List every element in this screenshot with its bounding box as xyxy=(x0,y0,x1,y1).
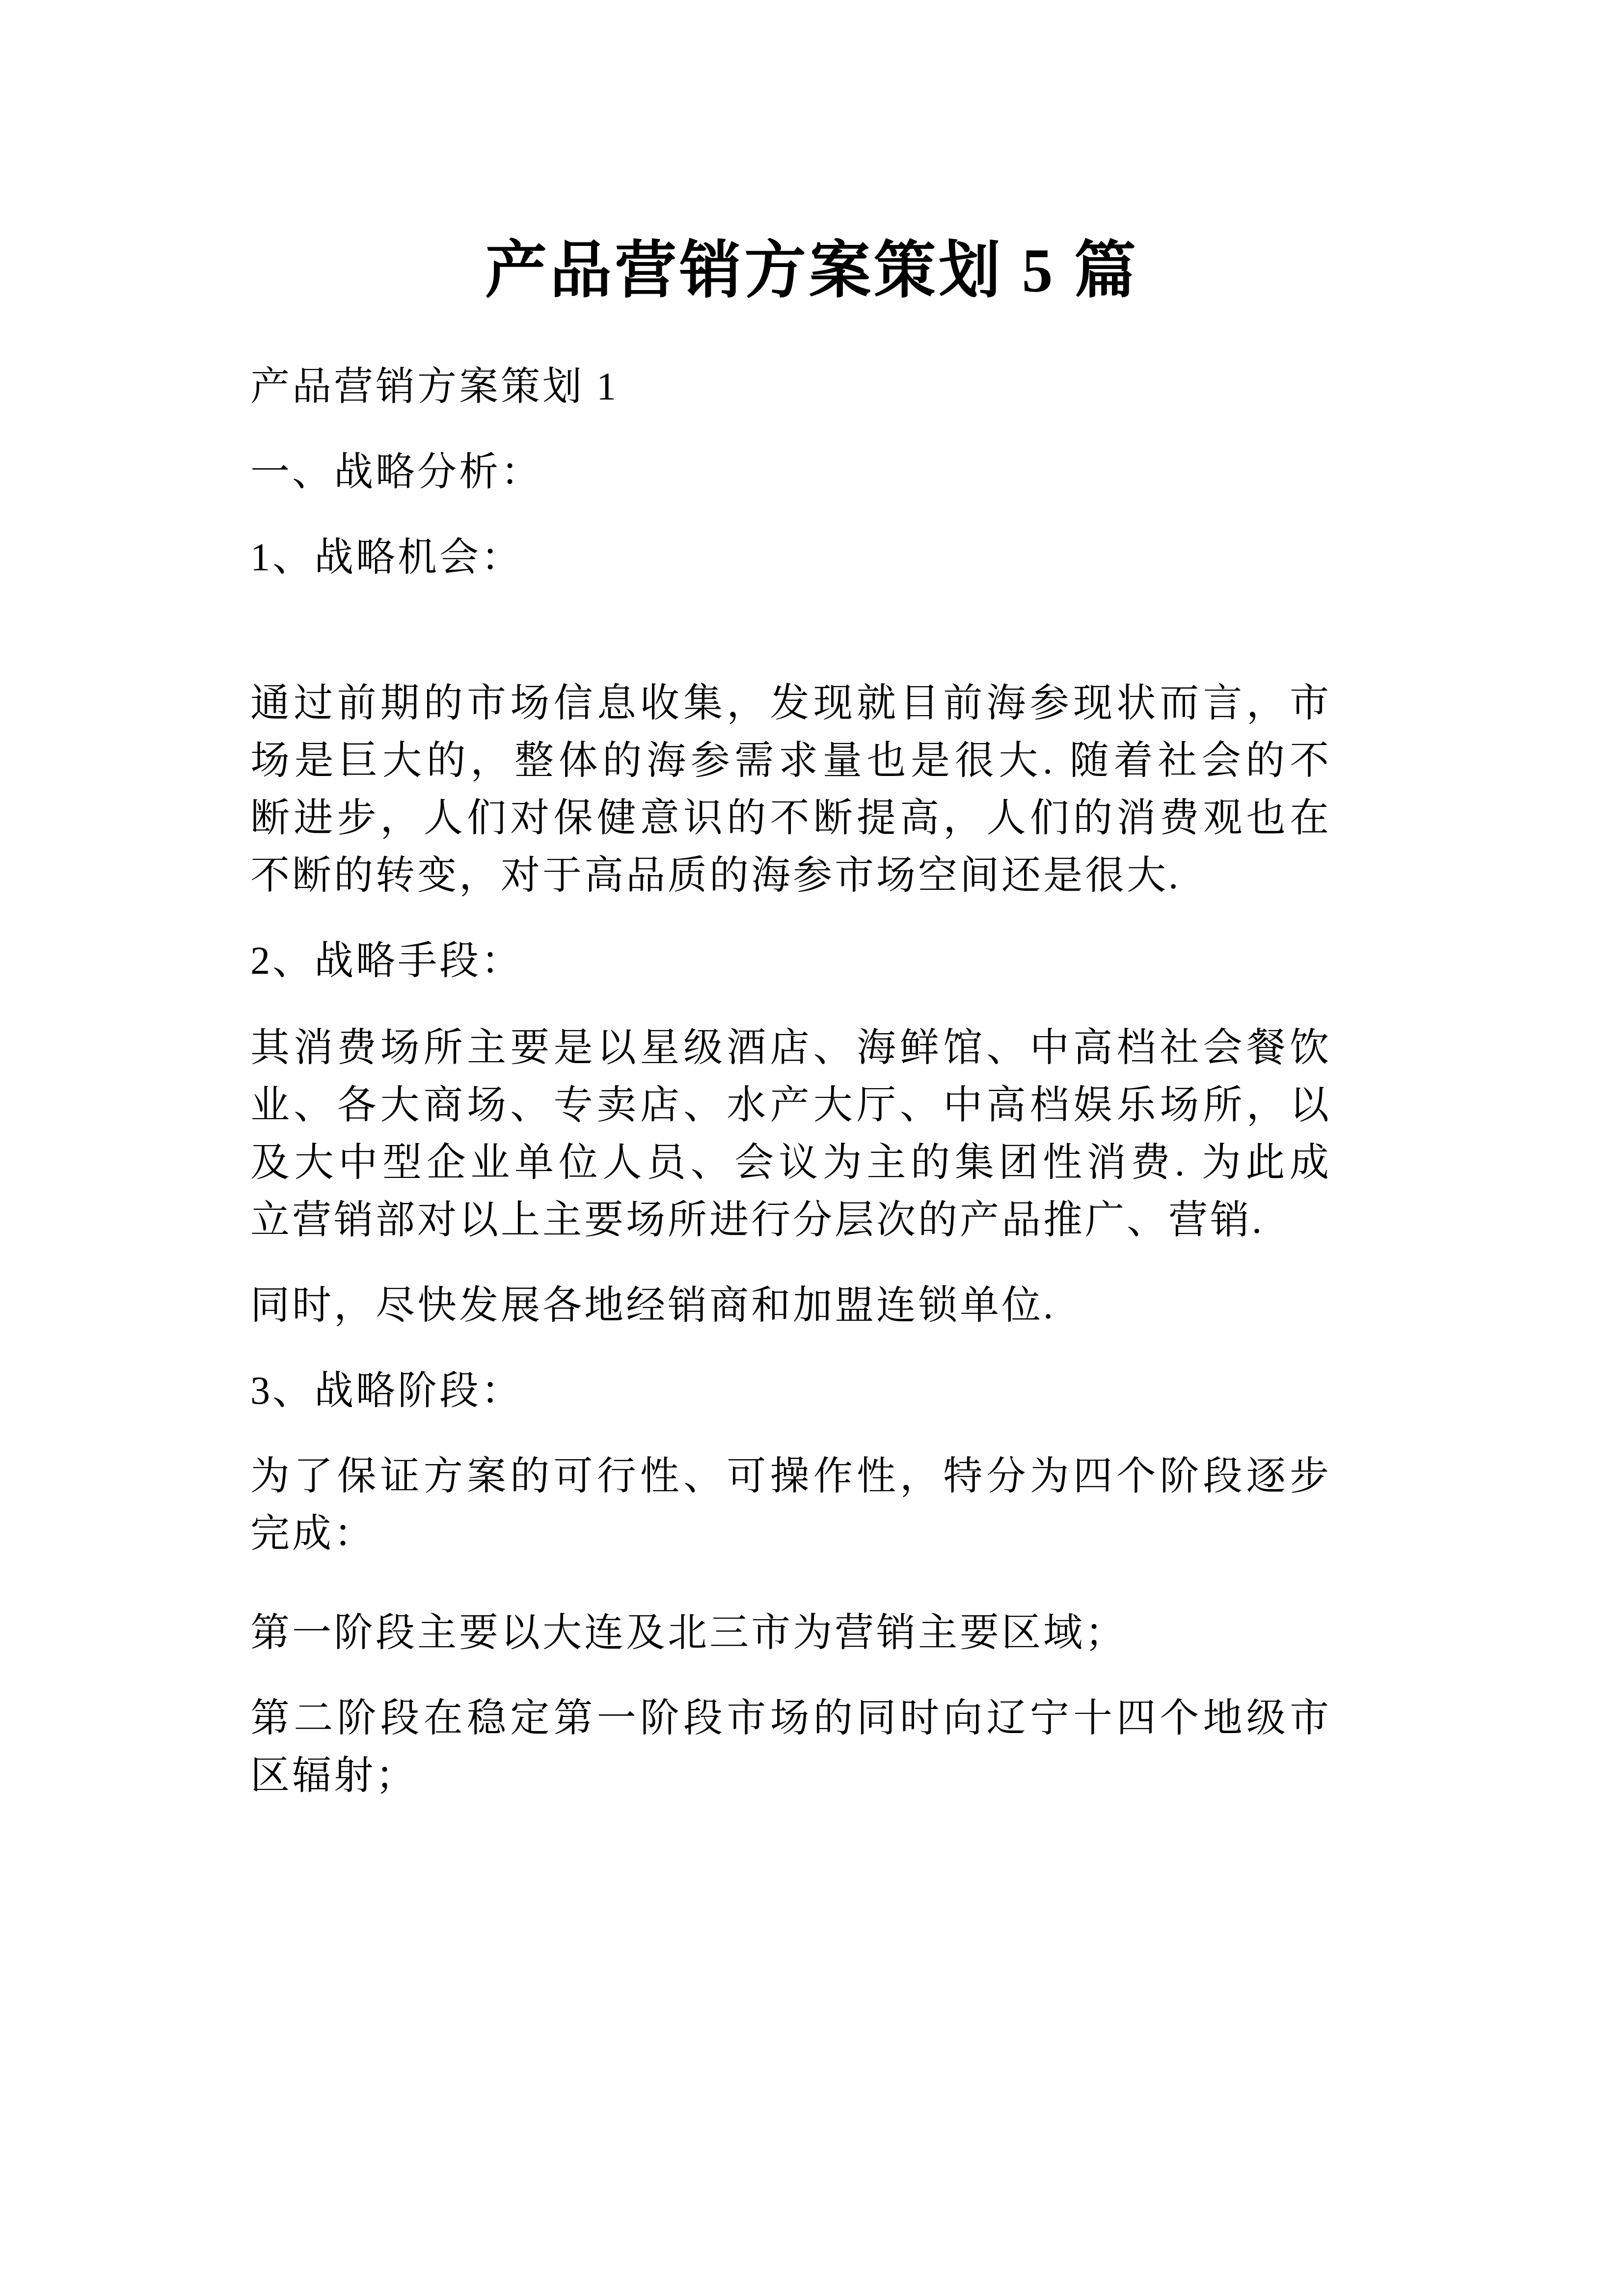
text-line: 其消费场所主要是以星级酒店、海鲜馆、中高档社会餐饮 xyxy=(250,1019,1331,1077)
text-line: 为了保证方案的可行性、可操作性，特分为四个阶段逐步 xyxy=(250,1448,1331,1505)
document-page: 产品营销方案策划 5 篇 产品营销方案策划 1 一、战略分析： 1、战略机会： … xyxy=(0,0,1624,2296)
text-line: 同时，尽快发展各地经销商和加盟连锁单位. xyxy=(250,1277,1331,1335)
text-line: 第二阶段在稳定第一阶段市场的同时向辽宁十四个地级市 xyxy=(250,1690,1331,1747)
text-line: 立营销部对以上主要场所进行分层次的产品推广、营销. xyxy=(250,1192,1331,1249)
text-line: 业、各大商场、专卖店、水产大厅、中高档娱乐场所，以 xyxy=(250,1077,1331,1134)
text-line: 通过前期的市场信息收集，发现就目前海参现状而言，市 xyxy=(250,675,1331,732)
text-line: 2、战略手段： xyxy=(250,933,1331,990)
text-line: 1、战略机会： xyxy=(250,529,1331,587)
text-line: 场是巨大的，整体的海参需求量也是很大. 随着社会的不 xyxy=(250,732,1331,790)
text-line: 区辐射； xyxy=(250,1747,1331,1805)
document-title: 产品营销方案策划 5 篇 xyxy=(250,228,1374,314)
text-line: 断进步，人们对保健意识的不断提高，人们的消费观也在 xyxy=(250,790,1331,847)
text-line: 产品营销方案策划 1 xyxy=(250,358,1331,416)
text-line: 不断的转变，对于高品质的海参市场空间还是很大. xyxy=(250,847,1331,905)
text-line: 第一阶段主要以大连及北三市为营销主要区域； xyxy=(250,1604,1331,1662)
text-line: 一、战略分析： xyxy=(250,444,1331,501)
text-line: 3、战略阶段： xyxy=(250,1362,1331,1420)
text-line: 及大中型企业单位人员、会议为主的集团性消费. 为此成 xyxy=(250,1134,1331,1192)
text-line: 完成： xyxy=(250,1505,1331,1563)
